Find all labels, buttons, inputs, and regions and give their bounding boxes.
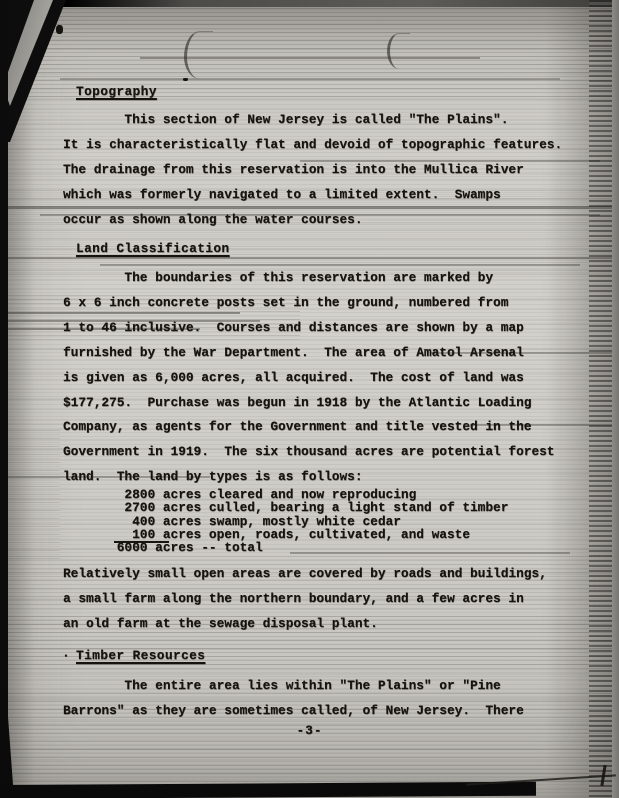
text-line: is given as 6,000 acres, all acquired. T… xyxy=(63,366,554,391)
text-line: This section of New Jersey is called "Th… xyxy=(63,108,562,133)
text-line: The drainage from this reservation is in… xyxy=(63,158,562,183)
scanned-document-page: Topography This section of New Jersey is… xyxy=(0,0,619,798)
text-line: 6 x 6 inch concrete posts set in the gro… xyxy=(63,291,554,316)
stray-dot-mark: · xyxy=(62,648,70,663)
section-heading-topography: Topography xyxy=(76,84,157,99)
text-line: 2800 acres cleared and now reproducing xyxy=(63,488,508,501)
scanner-right-edge xyxy=(612,0,619,798)
text-line: a small farm along the northern boundary… xyxy=(63,587,547,612)
land-acreage-table: 2800 acres cleared and now reproducing 2… xyxy=(63,488,508,554)
scanner-top-edge xyxy=(0,0,619,7)
text-line: The entire area lies within "The Plains"… xyxy=(63,674,524,699)
paragraph-timber-resources: The entire area lies within "The Plains"… xyxy=(63,674,524,724)
document-text: Topography This section of New Jersey is… xyxy=(0,0,619,798)
text-line: Company, as agents for the Government an… xyxy=(63,415,554,440)
text-line: 400 acres swamp, mostly white cedar xyxy=(63,515,508,528)
text-line: 1 to 46 inclusive. Courses and distances… xyxy=(63,316,554,341)
text-line: 6000 acres -- total xyxy=(63,541,508,554)
text-line: Government in 1919. The six thousand acr… xyxy=(63,440,554,465)
text-line: furnished by the War Department. The are… xyxy=(63,341,554,366)
section-heading-timber-resources: Timber Resources xyxy=(76,648,205,663)
heading-text: Land Classification xyxy=(76,241,230,256)
text-line: occur as shown along the water courses. xyxy=(63,208,562,233)
text-line: $177,275. Purchase was begun in 1918 by … xyxy=(63,391,554,416)
paragraph-open-areas: Relatively small open areas are covered … xyxy=(63,562,547,637)
heading-text: Topography xyxy=(76,84,157,99)
text-line: an old farm at the sewage disposal plant… xyxy=(63,612,547,637)
paragraph-land-classification: The boundaries of this reservation are m… xyxy=(63,266,554,490)
scanner-bottom-edge xyxy=(0,782,536,798)
text-line: The boundaries of this reservation are m… xyxy=(63,266,554,291)
scanner-right-band xyxy=(589,0,613,798)
text-line: 100 acres open, roads, cultivated, and w… xyxy=(63,528,508,541)
total-sum-line xyxy=(114,541,169,543)
page-number: -3- xyxy=(0,723,619,738)
text-line: It is characteristically flat and devoid… xyxy=(63,133,562,158)
text-line: 2700 acres culled, bearing a light stand… xyxy=(63,501,508,514)
text-line: Barrons" as they are sometimes called, o… xyxy=(63,699,524,724)
paragraph-topography: This section of New Jersey is called "Th… xyxy=(63,108,562,233)
section-heading-land-classification: Land Classification xyxy=(76,241,230,256)
heading-text: Timber Resources xyxy=(76,648,205,663)
scanner-left-edge xyxy=(0,0,8,798)
text-line: which was formerly navigated to a limite… xyxy=(63,183,562,208)
text-line: Relatively small open areas are covered … xyxy=(63,562,547,587)
